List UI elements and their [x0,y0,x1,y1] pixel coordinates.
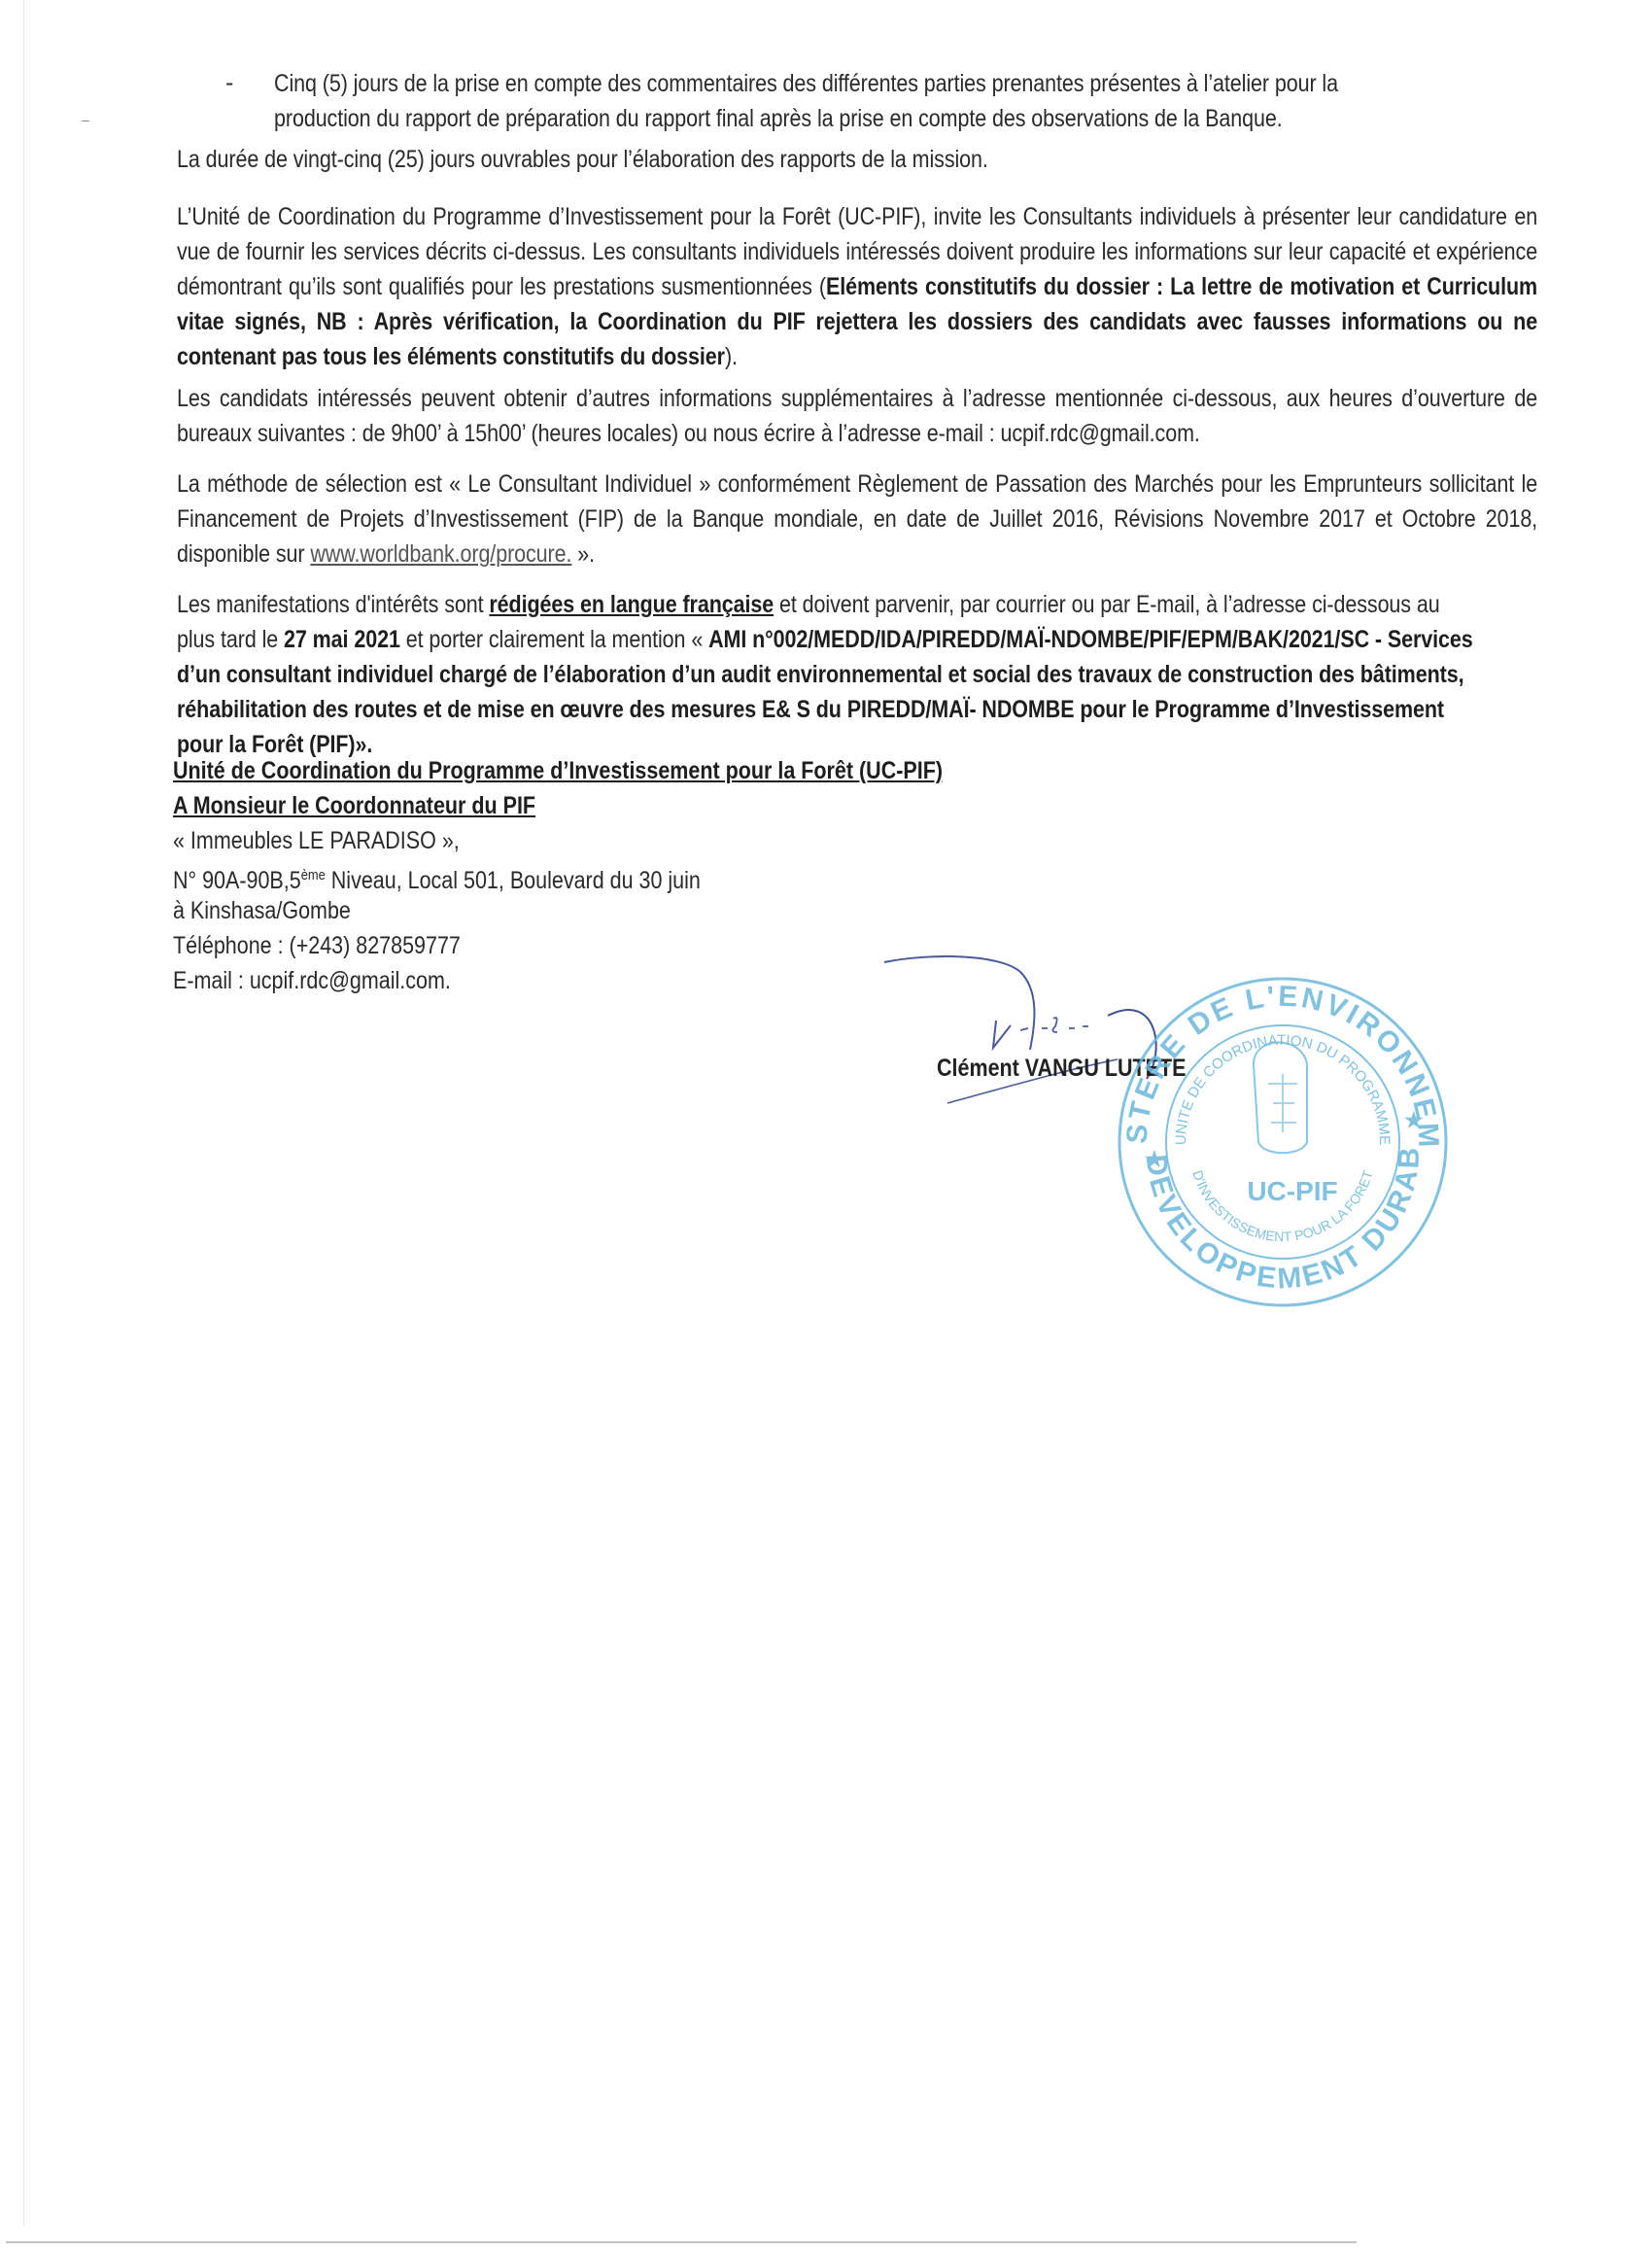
address-attention: A Monsieur le Coordonnateur du PIF [173,792,535,819]
svg-text:★: ★ [1145,1147,1164,1171]
bullet-item: Cinq (5) jours de la prise en compte des… [274,66,1444,136]
street-suffix: Niveau, Local 501, Boulevard du 30 juin [326,867,701,894]
svg-text:★: ★ [1404,1108,1424,1132]
deadline: 27 mai 2021 [284,626,400,653]
bullet-line-1: Cinq (5) jours de la prise en compte des… [274,66,1444,101]
address-city: à Kinshasa/Gombe [173,893,943,928]
paragraph-submission: Les manifestations d'intérêts sont rédig… [177,587,1347,762]
address-email: E-mail : ucpif.rdc@gmail.com. [173,963,943,998]
paragraph-method: La méthode de sélection est « Le Consult… [177,467,1347,571]
method-end: ». [571,540,595,568]
address-building: « Immeubles LE PARADISO », [173,823,943,858]
paragraph-invitation: L’Unité de Coordination du Programme d’I… [177,199,1347,374]
info-text: Les candidats intéressés peuvent obtenir… [177,381,1537,451]
duration-note: La durée de vingt-cinq (25) jours ouvrab… [177,142,1347,177]
bullet-marker: - [225,69,233,97]
svg-text:UC-PIF: UC-PIF [1247,1176,1337,1206]
invitation-end: ). [725,343,738,370]
submission-part-3: et porter clairement la mention « [400,626,708,653]
official-stamp: MINISTERE DE L'ENVIRONNEMENT ET DEVELOPP… [1108,957,1458,1307]
address-block: Unité de Coordination du Programme d’Inv… [173,753,943,998]
svg-text:MINISTERE DE L'ENVIRONNEMENT: MINISTERE DE L'ENVIRONNEMENT [1108,957,1444,1151]
bullet-line-2: production du rapport de préparation du … [274,101,1444,136]
address-street: N° 90A-90B,5ème Niveau, Local 501, Boule… [173,858,943,893]
submission-part-1: Les manifestations d'intérêts sont [177,591,489,618]
worldbank-link[interactable]: www.worldbank.org/procure. [310,540,571,568]
duration-note-text: La durée de vingt-cinq (25) jours ouvrab… [177,146,988,173]
street-prefix: N° 90A-90B,5 [173,867,301,894]
paragraph-info: Les candidats intéressés peuvent obtenir… [177,381,1347,451]
address-org: Unité de Coordination du Programme d’Inv… [173,757,943,784]
scan-edge-left [23,0,24,2226]
language-requirement: rédigées en langue française [489,591,774,618]
coat-of-arms-icon [1254,1043,1307,1154]
scan-edge-bottom [6,2241,1357,2243]
street-sup: ème [301,867,326,883]
address-phone: Téléphone : (+243) 827859777 [173,928,943,963]
margin-mark [82,121,89,121]
